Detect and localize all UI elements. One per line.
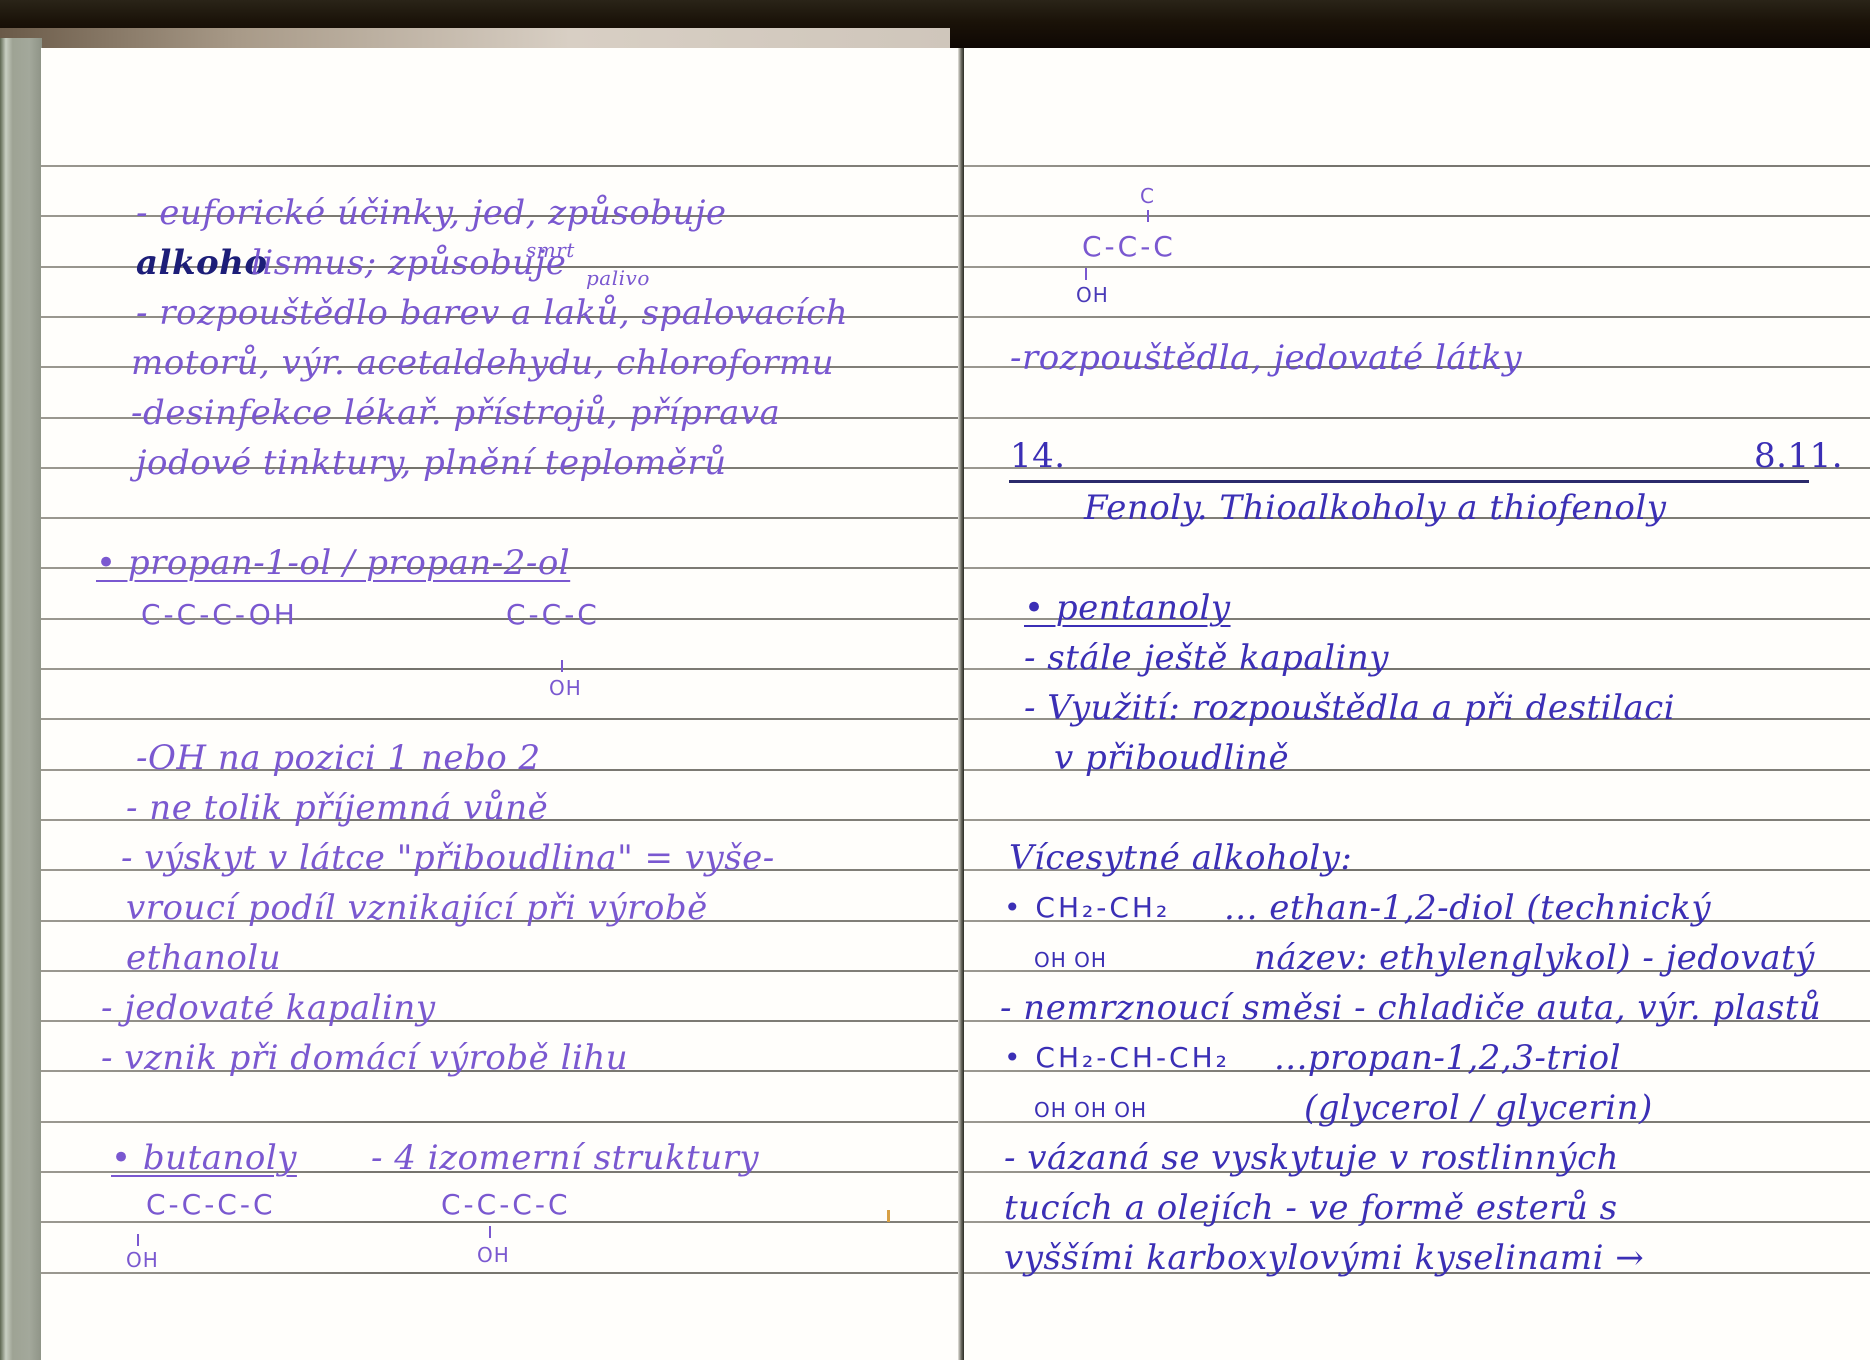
structural-formula: OH OH OH (1034, 1098, 1147, 1122)
lesson-title: Fenoly. Thioalkoholy a thiofenoly (1084, 488, 1666, 528)
text-line: tucích a olejích - ve formě esterů s (1004, 1188, 1618, 1228)
notebook-binding-strip (0, 38, 42, 1360)
text-line: jodové tinktury, plnění teploměrů (136, 443, 727, 483)
text-line: název: ethylenglykol) - jedovatý (1254, 938, 1815, 978)
header-underline (1009, 480, 1809, 483)
section-heading: Vícesytné alkoholy: (1009, 838, 1352, 878)
ruled-line (964, 467, 1870, 469)
text-line: -desinfekce lékař. přístrojů, příprava (131, 393, 780, 433)
structural-formula: OH (1076, 283, 1109, 307)
structural-formula: C-C-C-C (441, 1188, 571, 1221)
section-heading: • pentanoly (1024, 588, 1231, 628)
text-line: - nemrznoucí směsi - chladiče auta, výr.… (1000, 988, 1821, 1028)
text-line: lismus; způsobuje (251, 243, 566, 283)
text-line: vyššími karboxylovými kyselinami → (1004, 1238, 1644, 1278)
text-line: (glycerol / glycerin) (1304, 1088, 1653, 1128)
text-line: ... ethan-1,2-diol (technický (1224, 888, 1711, 928)
ruled-line (41, 1221, 962, 1223)
ruled-line (964, 266, 1870, 268)
text-line: - rozpouštědlo barev a laků, spalovacích (136, 293, 848, 333)
structural-formula: • CH₂-CH₂ (1004, 891, 1170, 924)
ruled-line (41, 517, 962, 519)
text-line: -OH na pozici 1 nebo 2 (136, 738, 541, 778)
bond-line (137, 1234, 139, 1246)
text-line: - Využití: rozpouštědla a při destilaci (1024, 688, 1675, 728)
structural-formula: OH (549, 676, 582, 700)
ruled-line (964, 316, 1870, 318)
ruled-line (41, 668, 962, 670)
structural-formula: OH OH (1034, 948, 1107, 972)
section-heading: • propan-1-ol / propan-2-ol (96, 543, 570, 583)
bond-line (1147, 210, 1149, 222)
right-page: C C-C-C OH -rozpouštědla, jedovaté látky… (964, 48, 1870, 1360)
structural-formula: C-C-C-OH (141, 598, 298, 631)
text-line: - 4 izomerní struktury (371, 1138, 759, 1178)
ruled-line (41, 1272, 962, 1274)
ruled-line (964, 567, 1870, 569)
ink-spot (887, 1210, 890, 1222)
text-line: - vázaná se vyskytuje v rostlinných (1004, 1138, 1619, 1178)
text-line: - ne tolik příjemná vůně (126, 788, 548, 828)
text-line: - vznik při domácí výrobě lihu (101, 1038, 628, 1078)
ruled-line (964, 819, 1870, 821)
section-heading: • butanoly (111, 1138, 297, 1178)
lesson-number: 14. (1010, 436, 1066, 476)
bond-line (1085, 268, 1087, 280)
structural-formula: C-C-C-C (146, 1188, 276, 1221)
ruled-line (41, 1121, 962, 1123)
text-line: ethanolu (126, 938, 281, 978)
book-cover-edge (0, 0, 1870, 50)
structural-formula: OH (126, 1248, 159, 1272)
text-line: v přiboudlině (1054, 738, 1289, 778)
structural-formula: C-C-C (506, 598, 600, 631)
structural-formula: C (1140, 184, 1155, 208)
ruled-line (964, 215, 1870, 217)
text-line: -rozpouštědla, jedovaté látky (1010, 338, 1522, 378)
left-page: - euforické účinky, jed, způsobuje alkoh… (41, 48, 962, 1360)
structural-formula: OH (477, 1243, 510, 1267)
text-line: - výskyt v látce "přiboudlina" = vyše- (121, 838, 775, 878)
ruled-line (41, 165, 962, 167)
text-line: - euforické účinky, jed, způsobuje (136, 193, 727, 233)
ruled-line (964, 165, 1870, 167)
text-line: vroucí podíl vznikající při výrobě (126, 888, 708, 928)
bond-line (489, 1226, 491, 1238)
lesson-date: 8.11. (1754, 436, 1843, 476)
annotation-text: smrt (526, 238, 575, 262)
text-line: - stále ještě kapaliny (1024, 638, 1389, 678)
text-line: - jedovaté kapaliny (101, 988, 436, 1028)
bond-line (561, 660, 563, 672)
emphasized-word: alkoho (136, 243, 268, 283)
page-stack-edge (0, 28, 950, 50)
structural-formula: C-C-C (1082, 230, 1176, 263)
ruled-line (964, 417, 1870, 419)
ruled-line (41, 718, 962, 720)
structural-formula: • CH₂-CH-CH₂ (1004, 1041, 1230, 1074)
text-line: motorů, výr. acetaldehydu, chloroformu (131, 343, 834, 383)
annotation-text: palivo (586, 266, 650, 290)
text-line: ...propan-1,2,3-triol (1274, 1038, 1621, 1078)
